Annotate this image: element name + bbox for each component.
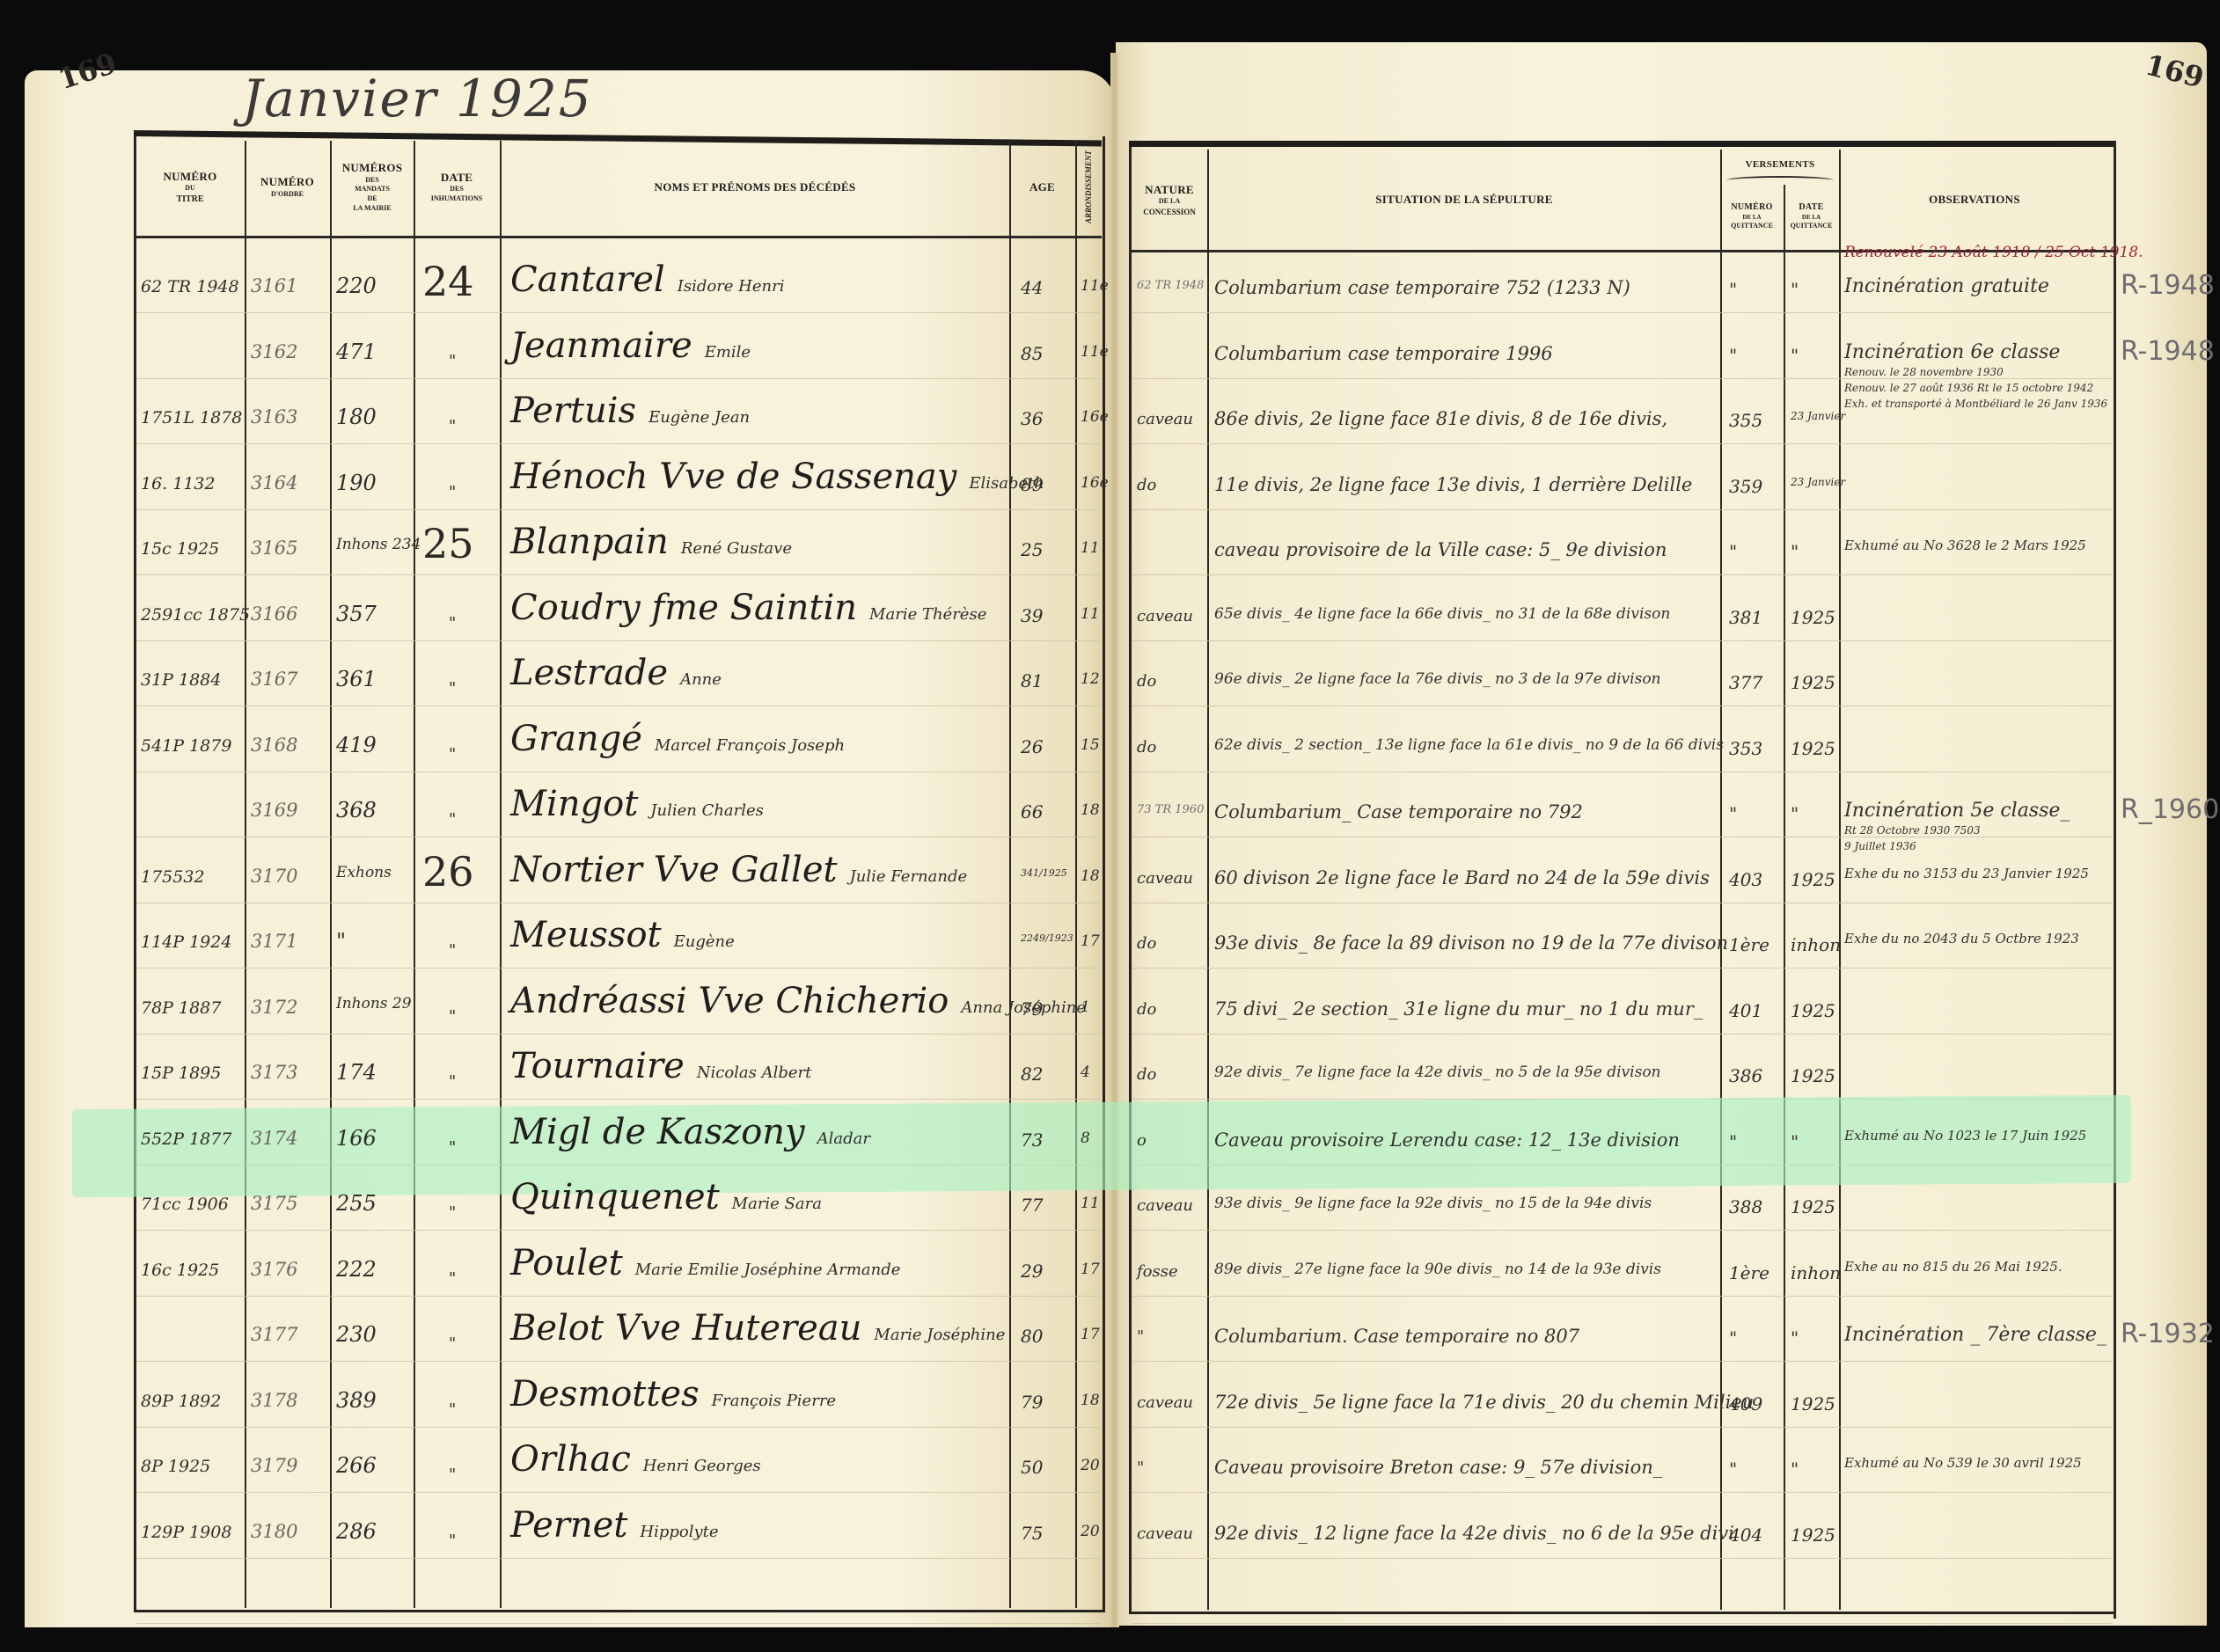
numero-titre: 2591cc 1875: [141, 605, 250, 625]
age: 29: [1021, 1261, 1043, 1282]
nature-concession: caveau: [1137, 410, 1193, 428]
deceased-name: QuinquenetMarie Sara: [510, 1177, 822, 1217]
header-observations: OBSERVATIONS: [1840, 151, 2109, 248]
numero-mandat: Inhons 29: [336, 995, 412, 1012]
numero-ordre: 3178: [251, 1390, 297, 1411]
header-text: DE LA: [1802, 214, 1821, 222]
numero-titre: 89P 1892: [141, 1392, 221, 1411]
age: 77: [1021, 1195, 1043, 1216]
deceased-name: Coudry fme SaintinMarie Thérèse: [510, 588, 986, 628]
deceased-first-names: Marie Thérèse: [869, 605, 986, 624]
header-text: DES: [450, 185, 464, 194]
numero-mandat: 255: [336, 1191, 377, 1216]
deceased-first-names: Aladar: [817, 1129, 870, 1148]
numero-titre: 31P 1884: [141, 670, 221, 690]
right-table-top-rule: [1129, 141, 2114, 147]
arrondissement: 11e: [1081, 277, 1109, 295]
nature-concession: do: [1137, 738, 1156, 757]
date-quittance: 1925: [1791, 869, 1835, 890]
header-text: DE LA: [1159, 197, 1180, 207]
row-rule: [136, 1623, 1100, 1624]
numero-quittance: ": [1729, 279, 1737, 300]
date-inhumation: ": [449, 1269, 456, 1288]
nature-concession: do: [1137, 934, 1156, 953]
numero-mandat: 357: [336, 602, 377, 626]
header-text: NUMÉRO: [163, 169, 216, 185]
date-inhumation: ": [449, 1466, 456, 1484]
deceased-name: PertuisEugène Jean: [510, 391, 750, 431]
versements-brace: [1726, 176, 1834, 185]
date-quittance: 1925: [1791, 1393, 1835, 1414]
numero-ordre: 3164: [251, 472, 297, 493]
numero-ordre: 3180: [251, 1521, 297, 1542]
header-nature: NATURE DE LA CONCESSION: [1132, 151, 1207, 248]
table-row[interactable]: [136, 1435, 2112, 1501]
deceased-first-names: Marie Sara: [732, 1195, 822, 1213]
outer-margin-rule: [2114, 141, 2116, 1619]
deceased-first-names: Anne: [680, 670, 722, 689]
age: 2249/1923: [1021, 932, 1073, 944]
deceased-name: MeussotEugène: [510, 915, 735, 955]
numero-quittance: 1ère: [1729, 1262, 1769, 1283]
arrondissement: 17: [1081, 1326, 1100, 1343]
numero-mandat: ": [336, 929, 346, 954]
table-row[interactable]: [136, 1304, 2112, 1370]
numero-titre: 62 TR 1948: [141, 277, 239, 296]
numero-titre: 8P 1925: [141, 1457, 210, 1476]
numero-titre: 16. 1132: [141, 474, 216, 493]
nature-concession: 73 TR 1960: [1137, 803, 1204, 816]
numero-mandat: 174: [336, 1060, 377, 1085]
deceased-name: PernetHippolyte: [510, 1505, 719, 1546]
observation: Exhe au no 815 du 26 Mai 1925.: [1844, 1259, 2062, 1275]
age: 26: [1021, 736, 1043, 757]
date-quittance: ": [1791, 345, 1799, 366]
numero-ordre: 3168: [251, 735, 297, 756]
header-numero-ordre: NUMÉRO D'ORDRE: [245, 141, 329, 233]
table-row[interactable]: [136, 321, 2112, 387]
situation-sepulture: 93e divis_ 8e face la 89 divison no 19 d…: [1214, 932, 1728, 954]
observation-red-annotation: Renouvelé 23 Août 1918 / 25 Oct 1918.: [1844, 244, 2143, 261]
observation: Incinération _ 7ère classe_: [1844, 1324, 2106, 1346]
situation-sepulture: 86e divis, 2e ligne face 81e divis, 8 de…: [1214, 408, 1667, 429]
numero-ordre: 3171: [251, 931, 297, 952]
arrondissement: 18: [1081, 801, 1100, 819]
numero-quittance: 388: [1729, 1196, 1762, 1217]
arrondissement: 11: [1081, 539, 1100, 557]
nature-concession: caveau: [1137, 1393, 1193, 1412]
situation-sepulture: 93e divis_ 9e ligne face la 92e divis_ n…: [1214, 1195, 1652, 1212]
age: 66: [1021, 801, 1043, 822]
numero-mandat: 166: [336, 1126, 377, 1151]
nature-concession: do: [1137, 1065, 1156, 1084]
numero-ordre: 3176: [251, 1259, 297, 1280]
deceased-name: Migl de KaszonyAladar: [510, 1112, 870, 1152]
arrondissement: 12: [1081, 670, 1100, 688]
date-inhumation: ": [449, 1531, 456, 1550]
arrondissement: 20: [1081, 1523, 1100, 1540]
numero-quittance: 404: [1729, 1524, 1762, 1546]
numero-titre: 114P 1924: [141, 932, 231, 952]
numero-titre: 15P 1895: [141, 1064, 221, 1083]
date-inhumation: ": [449, 941, 456, 960]
numero-quittance: ": [1729, 345, 1737, 366]
age: 81: [1021, 670, 1043, 691]
deceased-name: OrlhacHenri Georges: [510, 1439, 761, 1480]
observation: Incinération 6e classe: [1844, 341, 2060, 363]
margin-annotation: R-1932: [2121, 1319, 2215, 1349]
arrondissement: 16e: [1081, 474, 1109, 492]
observation-note: Rt 28 Octobre 1930 7503: [1844, 824, 1981, 837]
numero-ordre: 3170: [251, 866, 297, 887]
deceased-name: Hénoch Vve de SassenayElisabeth: [510, 457, 1044, 497]
date-quittance: inhon: [1791, 934, 1841, 955]
header-text: ARRONDISSEMENT: [1083, 150, 1094, 223]
margin-annotation: R_1960: [2121, 794, 2219, 825]
numero-titre: 552P 1877: [141, 1129, 231, 1149]
numero-mandat: 368: [336, 798, 377, 822]
numero-quittance: 359: [1729, 476, 1762, 497]
header-text: NUMÉROS: [342, 160, 403, 176]
date-quittance: inhon: [1791, 1262, 1841, 1283]
deceased-first-names: Julien Charles: [650, 801, 764, 820]
header-date-quittance: DATE DE LA QUITTANCE: [1784, 185, 1839, 248]
deceased-name: Belot Vve HutereauMarie Joséphine: [510, 1308, 1005, 1349]
nature-concession: fosse: [1137, 1262, 1178, 1281]
arrondissement: 11e: [1081, 343, 1109, 361]
date-inhumation: ": [449, 1400, 456, 1419]
header-text: SITUATION DE LA SÉPULTURE: [1375, 192, 1552, 208]
arrondissement: 15: [1081, 736, 1100, 754]
age: 50: [1021, 1457, 1043, 1478]
age: 80: [1021, 1326, 1043, 1347]
numero-ordre: 3177: [251, 1324, 297, 1345]
deceased-name: JeanmaireEmile: [510, 325, 751, 366]
numero-quittance: ": [1729, 1327, 1737, 1349]
date-inhumation: ": [449, 417, 456, 435]
numero-quittance: ": [1729, 803, 1737, 824]
header-text: DE: [367, 194, 377, 204]
header-text: MANDATS: [355, 185, 390, 194]
date-quittance: 1925: [1791, 1000, 1835, 1021]
header-text: NUMÉRO: [1731, 201, 1772, 214]
deceased-first-names: Hippolyte: [640, 1523, 718, 1541]
nature-concession: caveau: [1137, 1196, 1193, 1215]
age: 44: [1021, 277, 1043, 298]
deceased-first-names: Marie Joséphine: [874, 1326, 1005, 1344]
numero-mandat: 266: [336, 1453, 377, 1478]
header-text: LA MAIRIE: [353, 204, 391, 214]
numero-quittance: 355: [1729, 410, 1762, 431]
observation: Incinération 5e classe_: [1844, 800, 2070, 822]
numero-mandat: 230: [336, 1322, 377, 1347]
numero-mandat: 471: [336, 340, 377, 364]
date-inhumation: ": [449, 745, 456, 764]
nature-concession: caveau: [1137, 869, 1193, 888]
numero-ordre: 3172: [251, 997, 297, 1018]
numero-titre: 15c 1925: [141, 539, 219, 559]
header-text: QUITTANCE: [1731, 222, 1773, 231]
header-text: DU: [185, 184, 195, 194]
date-quittance: 1925: [1791, 1524, 1835, 1546]
numero-titre: 175532: [141, 867, 205, 887]
date-inhumation: ": [449, 1138, 456, 1157]
numero-ordre: 3161: [251, 275, 297, 296]
situation-sepulture: Caveau provisoire Breton case: 9_ 57e di…: [1214, 1457, 1662, 1478]
numero-ordre: 3173: [251, 1062, 297, 1083]
deceased-first-names: Marie Emilie Joséphine Armande: [635, 1261, 901, 1279]
numero-ordre: 3179: [251, 1455, 297, 1476]
deceased-name: Nortier Vve GalletJulie Fernande: [510, 850, 967, 890]
nature-concession: do: [1137, 1000, 1156, 1019]
numero-quittance: 386: [1729, 1065, 1762, 1086]
numero-ordre: 3174: [251, 1128, 297, 1149]
table-row[interactable]: [136, 1107, 2112, 1173]
numero-quittance: 1ère: [1729, 934, 1769, 955]
situation-sepulture: 96e divis_ 2e ligne face la 76e divis_ n…: [1214, 670, 1661, 688]
numero-ordre: 3175: [251, 1193, 297, 1214]
nature-concession: 62 TR 1948: [1137, 279, 1204, 292]
deceased-first-names: Emile: [705, 343, 751, 362]
arrondissement: 20: [1081, 1457, 1100, 1474]
nature-concession: o: [1137, 1131, 1147, 1150]
header-text: DES: [365, 176, 379, 186]
header-text: INHUMATIONS: [431, 194, 483, 204]
date-inhumation: ": [449, 1007, 456, 1026]
date-quittance: 1925: [1791, 1065, 1835, 1086]
date-quittance: ": [1791, 541, 1799, 562]
age: 79: [1021, 1392, 1043, 1413]
date-quittance: ": [1791, 1131, 1799, 1152]
date-inhumation: 25: [422, 520, 474, 567]
numero-mandat: 180: [336, 405, 377, 429]
numero-mandat: 220: [336, 274, 377, 298]
deceased-first-names: René Gustave: [681, 539, 792, 558]
numero-titre: 71cc 1906: [141, 1195, 229, 1214]
situation-sepulture: 92e divis_ 7e ligne face la 42e divis_ n…: [1214, 1064, 1661, 1081]
numero-ordre: 3166: [251, 603, 297, 625]
observation: Exhe du no 2043 du 5 Octbre 1923: [1844, 931, 2079, 947]
arrondissement: 17: [1081, 932, 1100, 950]
row-rule: [1132, 1623, 2112, 1624]
header-noms: NOMS ET PRÉNOMS DES DÉCÉDÉS: [501, 141, 1009, 233]
numero-mandat: 361: [336, 667, 377, 691]
header-text: TITRE: [176, 194, 203, 206]
numero-ordre: 3169: [251, 800, 297, 821]
date-inhumation: ": [449, 614, 456, 632]
numero-mandat: 190: [336, 471, 377, 495]
arrondissement: 11: [1081, 605, 1100, 623]
deceased-first-names: Henri Georges: [643, 1457, 761, 1475]
deceased-name: Andréassi Vve ChicherioAnna Joséphine: [510, 981, 1086, 1021]
nature-concession: ": [1137, 1458, 1144, 1477]
date-inhumation: ": [449, 1072, 456, 1091]
date-inhumation: ": [449, 810, 456, 829]
header-text: DE LA: [1742, 214, 1761, 222]
date-inhumation: 24: [422, 258, 474, 305]
situation-sepulture: Columbarium_ Case temporaire no 792: [1214, 801, 1583, 822]
numero-quittance: ": [1729, 1131, 1737, 1152]
deceased-name: PouletMarie Emilie Joséphine Armande: [510, 1243, 900, 1283]
margin-annotation: R-1948: [2121, 336, 2215, 367]
situation-sepulture: Columbarium case temporaire 1996: [1214, 343, 1553, 364]
date-inhumation: 26: [422, 848, 474, 895]
numero-mandat: 286: [336, 1519, 377, 1544]
numero-quittance: ": [1729, 1458, 1737, 1480]
date-inhumation: ": [449, 679, 456, 698]
header-text: AGE: [1029, 179, 1055, 195]
deceased-name: BlanpainRené Gustave: [510, 522, 792, 562]
situation-sepulture: Columbarium case temporaire 752 (1233 N): [1214, 277, 1630, 298]
deceased-name: GrangéMarcel François Joseph: [510, 719, 845, 759]
date-quittance: 23 Janvier: [1791, 476, 1845, 488]
nature-concession: do: [1137, 672, 1156, 691]
date-quittance: ": [1791, 279, 1799, 300]
numero-titre: 129P 1908: [141, 1523, 231, 1542]
nature-concession: caveau: [1137, 607, 1193, 625]
header-arrondissement: ARRONDISSEMENT: [1075, 141, 1102, 233]
age: 341/1925: [1021, 867, 1067, 879]
deceased-first-names: Eugène: [674, 932, 735, 951]
header-text: DATE: [441, 170, 473, 186]
deceased-name: MingotJulien Charles: [510, 784, 764, 824]
age: 79: [1021, 998, 1043, 1020]
date-inhumation: ": [449, 1203, 456, 1222]
observation: Incinération gratuite: [1844, 275, 2049, 297]
numero-quittance: 353: [1729, 738, 1762, 759]
date-quittance: 1925: [1791, 1196, 1835, 1217]
situation-sepulture: 75 divi_ 2e section_ 31e ligne du mur_ n…: [1214, 998, 1703, 1020]
situation-sepulture: 11e divis, 2e ligne face 13e divis, 1 de…: [1214, 474, 1692, 495]
numero-quittance: 409: [1729, 1393, 1762, 1414]
header-numero-titre: NUMÉRO DU TITRE: [136, 141, 244, 233]
header-versements: VERSEMENTS: [1721, 151, 1839, 178]
date-inhumation: ": [449, 483, 456, 501]
arrondissement: 17: [1081, 1261, 1100, 1278]
age: 75: [1021, 1523, 1043, 1544]
age: 36: [1021, 408, 1043, 429]
deceased-first-names: François Pierre: [712, 1392, 836, 1410]
situation-sepulture: 60 divison 2e ligne face le Bard no 24 d…: [1214, 867, 1710, 888]
arrondissement: 1: [1081, 998, 1090, 1016]
arrondissement: 8: [1081, 1129, 1090, 1147]
nature-concession: caveau: [1137, 1524, 1193, 1543]
numero-titre: 1751L 1878: [141, 408, 242, 428]
age: 73: [1021, 1129, 1043, 1151]
table-row[interactable]: [136, 779, 2112, 845]
numero-quittance: 401: [1729, 1000, 1762, 1021]
situation-sepulture: 62e divis_ 2 section_ 13e ligne face la …: [1214, 736, 1724, 754]
situation-sepulture: 89e divis_ 27e ligne face la 90e divis_ …: [1214, 1261, 1661, 1278]
header-text: CONCESSION: [1143, 207, 1196, 217]
deceased-first-names: Isidore Henri: [678, 277, 785, 296]
header-numero-quittance: NUMÉRO DE LA QUITTANCE: [1721, 185, 1783, 248]
numero-quittance: 403: [1729, 869, 1762, 890]
numero-mandat: Inhons 234: [336, 536, 421, 553]
date-quittance: 1925: [1791, 738, 1835, 759]
date-quittance: 23 Janvier: [1791, 410, 1845, 422]
observation: Exhe du no 3153 du 23 Janvier 1925: [1844, 866, 2089, 881]
numero-quittance: ": [1729, 541, 1737, 562]
header-age: AGE: [1010, 141, 1074, 233]
date-inhumation: ": [449, 1334, 456, 1353]
situation-sepulture: 65e divis_ 4e ligne face la 66e divis_ n…: [1214, 605, 1670, 623]
situation-sepulture: Caveau provisoire Lerendu case: 12_ 13e …: [1214, 1129, 1680, 1151]
numero-mandat: 389: [336, 1388, 377, 1413]
deceased-name: LestradeAnne: [510, 653, 722, 693]
arrondissement: 18: [1081, 867, 1100, 885]
date-quittance: ": [1791, 1327, 1799, 1349]
header-numeros-mandats: NUMÉROS DES MANDATS DE LA MAIRIE: [331, 141, 414, 233]
numero-mandat: 222: [336, 1257, 377, 1282]
situation-sepulture: 92e divis_ 12 ligne face la 42e divis_ n…: [1214, 1523, 1734, 1544]
header-text: NATURE: [1145, 182, 1194, 198]
age: 39: [1021, 605, 1043, 626]
date-quittance: ": [1791, 803, 1799, 824]
margin-annotation: R-1948: [2121, 270, 2215, 301]
numero-ordre: 3165: [251, 537, 297, 559]
header-text: QUITTANCE: [1791, 222, 1833, 231]
header-text: OBSERVATIONS: [1929, 192, 2020, 208]
arrondissement: 11: [1081, 1195, 1100, 1212]
header-text: VERSEMENTS: [1746, 158, 1815, 172]
observation: Exhumé au No 3628 le 2 Mars 1925: [1844, 537, 2086, 553]
deceased-name: TournaireNicolas Albert: [510, 1046, 811, 1086]
deceased-first-names: Marcel François Joseph: [655, 736, 845, 755]
numero-mandat: 419: [336, 733, 377, 757]
left-header-divider: [134, 236, 1102, 238]
numero-mandat: Exhons: [336, 864, 392, 881]
nature-concession: ": [1137, 1327, 1144, 1346]
date-quittance: 1925: [1791, 607, 1835, 628]
numero-quittance: 377: [1729, 672, 1762, 693]
header-date-inhumations: DATE DES INHUMATIONS: [414, 141, 499, 233]
header-text: NUMÉRO: [260, 174, 314, 190]
numero-quittance: 381: [1729, 607, 1762, 628]
numero-titre: 541P 1879: [141, 736, 231, 756]
header-situation: SITUATION DE LA SÉPULTURE: [1208, 151, 1720, 248]
numero-titre: 78P 1887: [141, 998, 221, 1018]
age: 25: [1021, 539, 1043, 560]
deceased-first-names: Julie Fernande: [850, 867, 968, 886]
deceased-first-names: Nicolas Albert: [697, 1064, 812, 1082]
header-text: D'ORDRE: [271, 190, 304, 200]
situation-sepulture: caveau provisoire de la Ville case: 5_ 9…: [1214, 539, 1667, 560]
arrondissement: 4: [1081, 1064, 1090, 1081]
numero-ordre: 3167: [251, 669, 297, 690]
header-text: NOMS ET PRÉNOMS DES DÉCÉDÉS: [655, 179, 856, 195]
deceased-name: DesmottesFrançois Pierre: [510, 1374, 836, 1414]
deceased-name: CantarelIsidore Henri: [510, 259, 784, 300]
nature-concession: do: [1137, 476, 1156, 494]
numero-titre: 16c 1925: [141, 1261, 219, 1280]
situation-sepulture: 72e divis_ 5e ligne face la 71e divis_ 2…: [1214, 1392, 1754, 1413]
date-quittance: 1925: [1791, 672, 1835, 693]
date-inhumation: ": [449, 352, 456, 370]
numero-ordre: 3162: [251, 341, 297, 362]
observation-note: Renouv. le 28 novembre 1930: [1844, 366, 2004, 378]
deceased-first-names: Eugène Jean: [648, 408, 750, 427]
arrondissement: 16e: [1081, 408, 1109, 426]
situation-sepulture: Columbarium. Case temporaire no 807: [1214, 1326, 1579, 1347]
arrondissement: 18: [1081, 1392, 1100, 1409]
numero-ordre: 3163: [251, 406, 297, 428]
month-heading: Janvier 1925: [242, 69, 593, 128]
header-text: DATE: [1799, 201, 1823, 214]
age: 82: [1021, 1064, 1043, 1085]
observation: Exhumé au No 539 le 30 avril 1925: [1844, 1455, 2082, 1471]
age: 85: [1021, 343, 1043, 364]
